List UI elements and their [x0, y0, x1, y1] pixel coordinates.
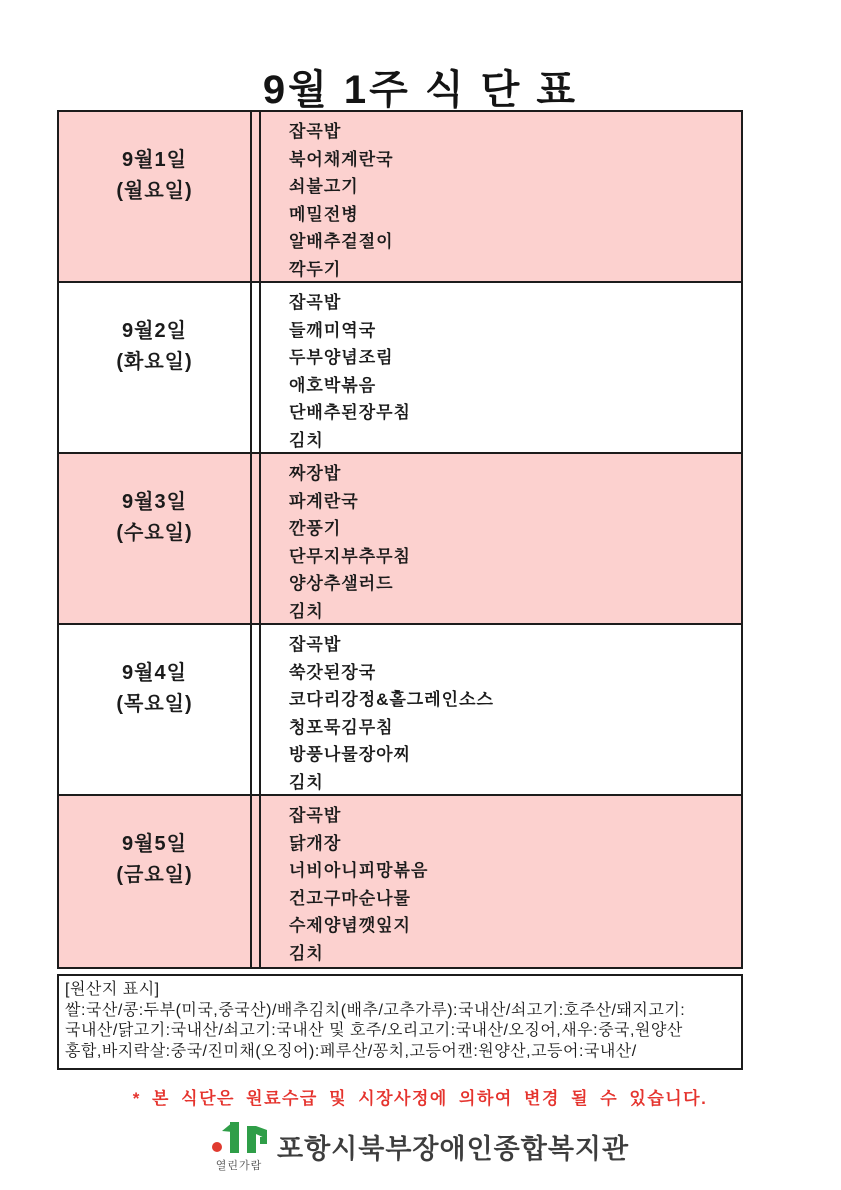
menu-cell: 잡곡밥북어채계란국쇠불고기메밀전병알배추겉절이깍두기 — [261, 112, 741, 283]
logo-tagline: 열린가람 — [205, 1157, 273, 1173]
menu-item: 코다리강정&홀그레인소스 — [289, 686, 735, 714]
weekday-label: (화요일) — [59, 347, 250, 378]
menu-item: 잡곡밥 — [289, 802, 735, 830]
menu-item: 잡곡밥 — [289, 289, 735, 317]
table-row: 9월4일(목요일)잡곡밥쑥갓된장국코다리강정&홀그레인소스청포묵김무침방풍나물장… — [59, 625, 741, 796]
menu-item: 잡곡밥 — [289, 118, 735, 146]
menu-item: 깍두기 — [289, 256, 735, 284]
origin-heading: [원산지 표시] — [65, 980, 733, 1001]
change-notice: * 본 식단은 원료수급 및 시장사정에 의하여 변경 될 수 있습니다. — [57, 1084, 743, 1109]
weekday-label: (수요일) — [59, 518, 250, 549]
menu-item: 김치 — [289, 769, 735, 797]
org-name: 포항시북부장애인종합복지관 — [277, 1127, 629, 1166]
menu-item: 두부양념조림 — [289, 344, 735, 372]
menu-cell: 잡곡밥닭개장너비아니피망볶음건고구마순나물수제양념깻잎지김치 — [261, 796, 741, 967]
menu-item: 단배추된장무침 — [289, 399, 735, 427]
table-row: 9월3일(수요일)짜장밥파계란국깐풍기단무지부추무침양상추샐러드김치 — [59, 454, 741, 625]
menu-item: 방풍나물장아찌 — [289, 741, 735, 769]
date-label: 9월5일 — [59, 829, 250, 860]
weekday-label: (목요일) — [59, 689, 250, 720]
spacer-cell — [252, 112, 261, 283]
menu-cell: 잡곡밥들깨미역국두부양념조림애호박볶음단배추된장무침김치 — [261, 283, 741, 454]
menu-item: 양상추샐러드 — [289, 570, 735, 598]
date-cell: 9월1일(월요일) — [59, 112, 252, 283]
menu-item: 쇠불고기 — [289, 173, 735, 201]
menu-item: 건고구마순나물 — [289, 885, 735, 913]
spacer-cell — [252, 625, 261, 796]
menu-cell: 잡곡밥쑥갓된장국코다리강정&홀그레인소스청포묵김무침방풍나물장아찌김치 — [261, 625, 741, 796]
footer: 열린가람 포항시북부장애인종합복지관 — [205, 1119, 743, 1173]
menu-item: 메밀전병 — [289, 201, 735, 229]
menu-item: 쑥갓된장국 — [289, 659, 735, 687]
spacer-cell — [252, 454, 261, 625]
origin-line: 국내산/닭고기:국내산/쇠고기:국내산 및 호주/오리고기:국내산/오징어,새우… — [65, 1021, 733, 1042]
menu-item: 깐풍기 — [289, 515, 735, 543]
date-label: 9월1일 — [59, 145, 250, 176]
logo-icon — [210, 1119, 268, 1159]
menu-item: 애호박볶음 — [289, 372, 735, 400]
origin-box: [원산지 표시] 쌀:국산/콩:두부(미국,중국산)/배추김치(배추/고추가루)… — [57, 974, 743, 1070]
origin-line: 홍합,바지락살:중국/진미채(오징어):페루산/꽁치,고등어캔:원양산,고등어:… — [65, 1042, 733, 1063]
page-title: 9월 1주 식 단 표 — [0, 58, 841, 115]
menu-item: 알배추겉절이 — [289, 228, 735, 256]
date-cell: 9월2일(화요일) — [59, 283, 252, 454]
menu-item: 수제양념깻잎지 — [289, 912, 735, 940]
menu-item: 파계란국 — [289, 488, 735, 516]
menu-item: 김치 — [289, 940, 735, 968]
menu-item: 북어채계란국 — [289, 146, 735, 174]
menu-item: 너비아니피망볶음 — [289, 857, 735, 885]
table-row: 9월2일(화요일)잡곡밥들깨미역국두부양념조림애호박볶음단배추된장무침김치 — [59, 283, 741, 454]
date-cell: 9월3일(수요일) — [59, 454, 252, 625]
menu-item: 김치 — [289, 598, 735, 626]
weekday-label: (월요일) — [59, 176, 250, 207]
menu-cell: 짜장밥파계란국깐풍기단무지부추무침양상추샐러드김치 — [261, 454, 741, 625]
menu-item: 단무지부추무침 — [289, 543, 735, 571]
menu-item: 들깨미역국 — [289, 317, 735, 345]
origin-line: 쌀:국산/콩:두부(미국,중국산)/배추김치(배추/고추가루):국내산/쇠고기:… — [65, 1001, 733, 1022]
date-label: 9월4일 — [59, 658, 250, 689]
date-label: 9월2일 — [59, 316, 250, 347]
menu-item: 청포묵김무침 — [289, 714, 735, 742]
org-logo: 열린가람 — [205, 1119, 273, 1173]
menu-item: 김치 — [289, 427, 735, 455]
date-label: 9월3일 — [59, 487, 250, 518]
date-cell: 9월5일(금요일) — [59, 796, 252, 967]
table-row: 9월5일(금요일)잡곡밥닭개장너비아니피망볶음건고구마순나물수제양념깻잎지김치 — [59, 796, 741, 967]
spacer-cell — [252, 283, 261, 454]
origin-lines: 쌀:국산/콩:두부(미국,중국산)/배추김치(배추/고추가루):국내산/쇠고기:… — [65, 1001, 733, 1063]
table-row: 9월1일(월요일)잡곡밥북어채계란국쇠불고기메밀전병알배추겉절이깍두기 — [59, 112, 741, 283]
spacer-cell — [252, 796, 261, 967]
weekday-label: (금요일) — [59, 860, 250, 891]
menu-item: 잡곡밥 — [289, 631, 735, 659]
menu-table: 9월1일(월요일)잡곡밥북어채계란국쇠불고기메밀전병알배추겉절이깍두기9월2일(… — [57, 110, 743, 969]
content-column: 9월1일(월요일)잡곡밥북어채계란국쇠불고기메밀전병알배추겉절이깍두기9월2일(… — [57, 110, 743, 1173]
menu-item: 닭개장 — [289, 830, 735, 858]
date-cell: 9월4일(목요일) — [59, 625, 252, 796]
menu-item: 짜장밥 — [289, 460, 735, 488]
meal-plan-page: 9월 1주 식 단 표 9월1일(월요일)잡곡밥북어채계란국쇠불고기메밀전병알배… — [0, 0, 841, 1190]
